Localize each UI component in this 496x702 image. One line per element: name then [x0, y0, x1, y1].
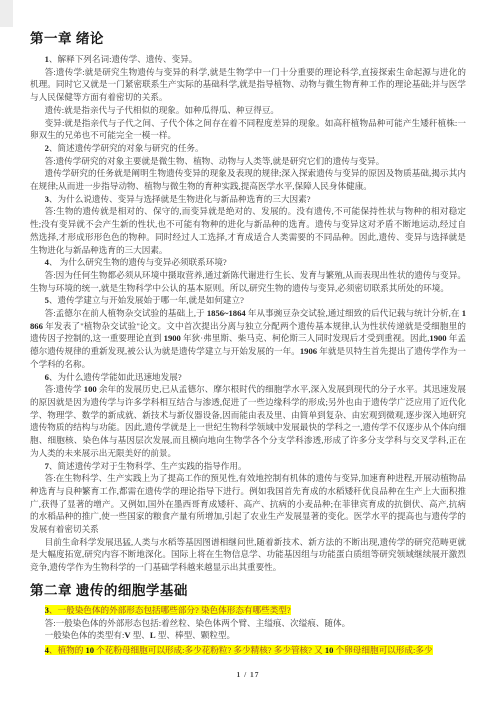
answer-paragraph: 答:遗传学研究的对象主要就是微生物、植物、动物与人类等,就是研究它们的遗传与变异…: [30, 155, 466, 168]
answer-paragraph: 目前生命科学发展迅猛,人类与水稻等基因图谱相继问世,随着新技术、新方法的不断出现…: [30, 536, 466, 574]
answer-paragraph: 答:遗传学 100 余年的发展历史,已从孟德尔、摩尔根时代的细胞学水平,深入发展…: [30, 383, 466, 459]
highlight-mark: 4、植物的 10 个花粉母细胞可以形成:多少花粉粒? 多少精核? 多少管核? 又…: [45, 645, 433, 655]
question-paragraph: 5、遗传学建立与开始发展始于哪一年,就是如何建立?: [30, 294, 466, 307]
chapter-2-title: 第二章 遗传的细胞学基础: [30, 582, 466, 599]
highlight-mark: 3、一般染色体的外部形态包括哪些部分? 染色体形态有哪些类型?: [45, 605, 291, 615]
page-footer: 1 / 17: [0, 670, 496, 679]
chapter-1-title: 第一章 绪论: [30, 30, 466, 47]
answer-paragraph: 遗传学研究的任务就是阐明生物遗传变异的现象及表现的规律;深入探索遗传与变异的原因…: [30, 167, 466, 192]
answer-paragraph: 一般染色体的类型有:V 型、L 型、棒型、颗粒型。: [30, 629, 466, 642]
document-page: 第一章 绪论 1、解释下列名词:遗传学、遗传、变异。 答:遗传学:就是研究生物遗…: [0, 0, 496, 702]
answer-paragraph: 答:一般染色体的外部形态包括:着丝粒、染色体两个臂、主缢痕、次缢痕、随体。: [30, 617, 466, 630]
answer-paragraph: 变异:就是指亲代与子代之间、子代个体之间存在着不同程度差异的现象。如高秆植物品种…: [30, 117, 466, 142]
question-paragraph: 6、为什么遗传学能如此迅速地发展?: [30, 371, 466, 384]
highlighted-question: 4、植物的 10 个花粉母细胞可以形成:多少花粉粒? 多少精核? 多少管核? 又…: [30, 644, 466, 657]
answer-paragraph: 答:在生物科学、生产实践上为了提高工作的预见性,有效地控制有机体的遗传与变异,加…: [30, 472, 466, 536]
question-paragraph: 4、 为什么研究生物的遗传与变异必须联系环境?: [30, 256, 466, 269]
question-paragraph: 1、解释下列名词:遗传学、遗传、变异。: [30, 53, 466, 66]
question-paragraph: 7、简述遗传学对于生物科学、生产实践的指导作用。: [30, 460, 466, 473]
scan-artifact: [0, 0, 13, 27]
highlighted-question: 3、一般染色体的外部形态包括哪些部分? 染色体形态有哪些类型?: [30, 604, 466, 617]
answer-paragraph: 答:孟德尔在前人植物杂交试验的基础上,于 1856~1864 年从事豌豆杂交试验…: [30, 307, 466, 371]
answer-paragraph: 答:生物的遗传就是相对的、保守的,而变异就是绝对的、发展的。没有遗传,不可能保持…: [30, 205, 466, 256]
answer-paragraph: 答:遗传学:就是研究生物遗传与变异的科学,就是生物学中一门十分重要的理论科学,直…: [30, 66, 466, 104]
answer-paragraph: 答:因为任何生物都必须从环境中摄取营养,通过新陈代谢进行生长、发育与繁殖,从而表…: [30, 269, 466, 294]
answer-paragraph: 遗传:就是指亲代与子代相似的现象。如种瓜得瓜、种豆得豆。: [30, 104, 466, 117]
question-paragraph: 3、为什么说遗传、变异与选择就是生物进化与新品种选育的三大因素?: [30, 193, 466, 206]
question-paragraph: 2、简述遗传学研究的对象与研究的任务。: [30, 142, 466, 155]
